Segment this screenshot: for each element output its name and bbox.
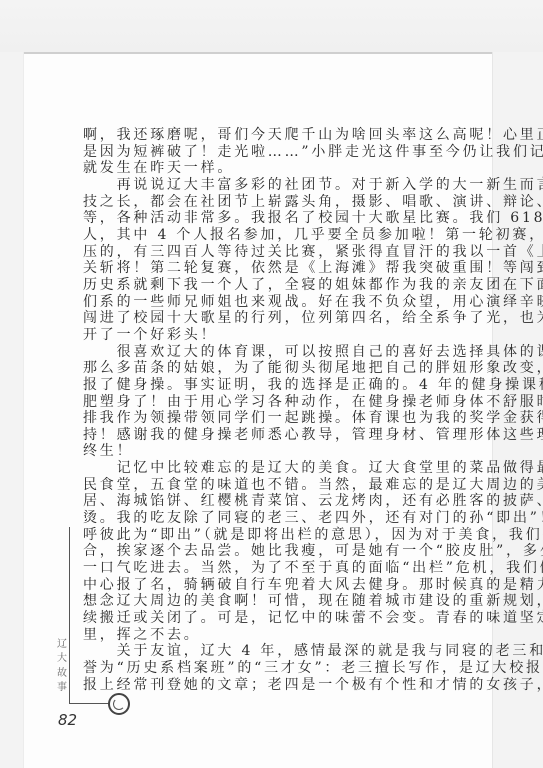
body-text: 啊，我还琢磨呢，哥们今天爬千山为啥回头率这么高呢！心里正美着呢，原来是因为短裤破…: [83, 127, 457, 693]
section-label-char: 事: [55, 681, 69, 695]
section-label: 辽 大 故 事: [55, 638, 69, 695]
text-line: 压的，有三四百人等待过关比赛，紧张得直冒汗的我以一首《上海滩》顺利过: [83, 244, 457, 261]
text-line: 那么多苗条的姑娘，为了能彻头彻尾地把自己的胖妞形象改变，我毫不犹豫地: [83, 360, 457, 377]
text-line: 想念辽大周边的美食啊！可惜，现在随着城市建设的重新规划，好多餐馆已陆: [83, 593, 457, 610]
text-line: 等，各种活动非常多。我报名了校园十大歌星比赛。我们 618 寝室一共 6 个: [83, 210, 457, 227]
text-line: 报了健身操。事实证明，我的选择是正确的。4 年的健身操课程成功地帮我减: [83, 377, 457, 394]
circle-ornament-icon: [108, 693, 130, 715]
text-line: 很喜欢辽大的体育课，可以按照自己的喜好去选择具体的课业。看着身边: [83, 344, 457, 361]
text-line: 闯进了校园十大歌星的行列，位列第四名，给全系争了光，也为我的大学生涯: [83, 310, 457, 327]
text-line: 誉为“历史系档案班”的“三才女”：老三擅长写作，是辽大校报的记者，校: [83, 660, 457, 677]
text-line: 历史系就剩下我一个人了，全寝的姐妹都作为我的亲友团在下面给我加油，我: [83, 277, 457, 294]
text-line: 就发生在昨天一样。: [83, 160, 457, 177]
text-line: 报上经常刊登她的文章；老四是一个极有个性和才情的女孩子，非常擅长理性: [83, 677, 457, 694]
text-line: 开了一个好彩头！: [83, 327, 457, 344]
section-label-char: 故: [55, 667, 69, 681]
text-line: 是因为短裤破了！走光啦……”小胖走光这件事至今仍让我们记忆犹新，仿佛: [83, 144, 457, 161]
text-line: 技之长，都会在社团节上崭露头角，摄影、唱歌、演讲、辩论、舞蹈、话剧: [83, 194, 457, 211]
scanner-background: [0, 0, 543, 52]
text-line: 们系的一些师兄师姐也来观战。好在我不负众望，用心演绎辛晓琪的《味道》: [83, 294, 457, 311]
margin-rule-vertical: [69, 527, 70, 703]
text-line: 里，挥之不去。: [83, 627, 457, 644]
margin-rule-horizontal: [69, 703, 109, 704]
section-label-char: 辽: [55, 638, 69, 652]
text-line: 排我作为领操带领同学们一起跳操。体育课也为我的奖学金获得提供了高分支: [83, 410, 457, 427]
text-line: 民食堂，五食堂的味道也不错。当然，最难忘的是辽大周边的美食，有砂锅: [83, 477, 457, 494]
text-line: 中心报了名，骑辆破自行车兜着大风去健身。那时候真的是精力极度旺盛！好: [83, 577, 457, 594]
text-line: 肥塑身了！由于用心学习各种动作，在健身操老师身体不舒服时，老师就会安: [83, 394, 457, 411]
text-line: 合，挨家逐个去品尝。她比我瘦，可是她有一个“胶皮肚”，多少好吃的都能: [83, 543, 457, 560]
text-line: 再说说辽大丰富多彩的社团节。对于新入学的大一新生而言，只要你有一: [83, 177, 457, 194]
text-line: 终生！: [83, 443, 457, 460]
page-number: 82: [58, 711, 77, 729]
text-line: 记忆中比较难忘的是辽大的美食。辽大食堂里的菜品做得最鲜美的当属回: [83, 460, 457, 477]
text-line: 人，其中 4 个人报名参加，几乎要全员参加啦！第一轮初赛，我记得下面黑压: [83, 227, 457, 244]
text-line: 续搬迁或关闭了。可是，记忆中的味蕾不会变。青春的味道坚定地扎根在脑海: [83, 610, 457, 627]
text-line: 关于友谊，辽大 4 年，感情最深的就是我与同寝的老三和老四了。我们被: [83, 643, 457, 660]
text-line: 持！感谢我的健身操老师悉心教导，管理身材、管理形体这些理念让我受益: [83, 427, 457, 444]
text-line: 居、海城馅饼、红樱桃青菜馆、云龙烤肉，还有必胜客的披萨、孙记的麻辣: [83, 493, 457, 510]
text-line: 关斩将！第二轮复赛，依然是《上海滩》帮我突破重围！等闯到了决赛，我们: [83, 260, 457, 277]
text-line: 烫。我的吃友除了同寝的老三、老四外，还有对门的孙“即出”！我们互相称: [83, 510, 457, 527]
section-label-char: 大: [55, 652, 69, 666]
text-line: 啊，我还琢磨呢，哥们今天爬千山为啥回头率这么高呢！心里正美着呢，原来: [83, 127, 457, 144]
text-line: 一口气吃进去。当然，为了不至于真的面临“出栏”危机，我们俩去北方健身: [83, 560, 457, 577]
text-line: 呼彼此为“即出”（就是即将出栏的意思），因为对于美食，我们俩几乎一拍即: [83, 527, 457, 544]
